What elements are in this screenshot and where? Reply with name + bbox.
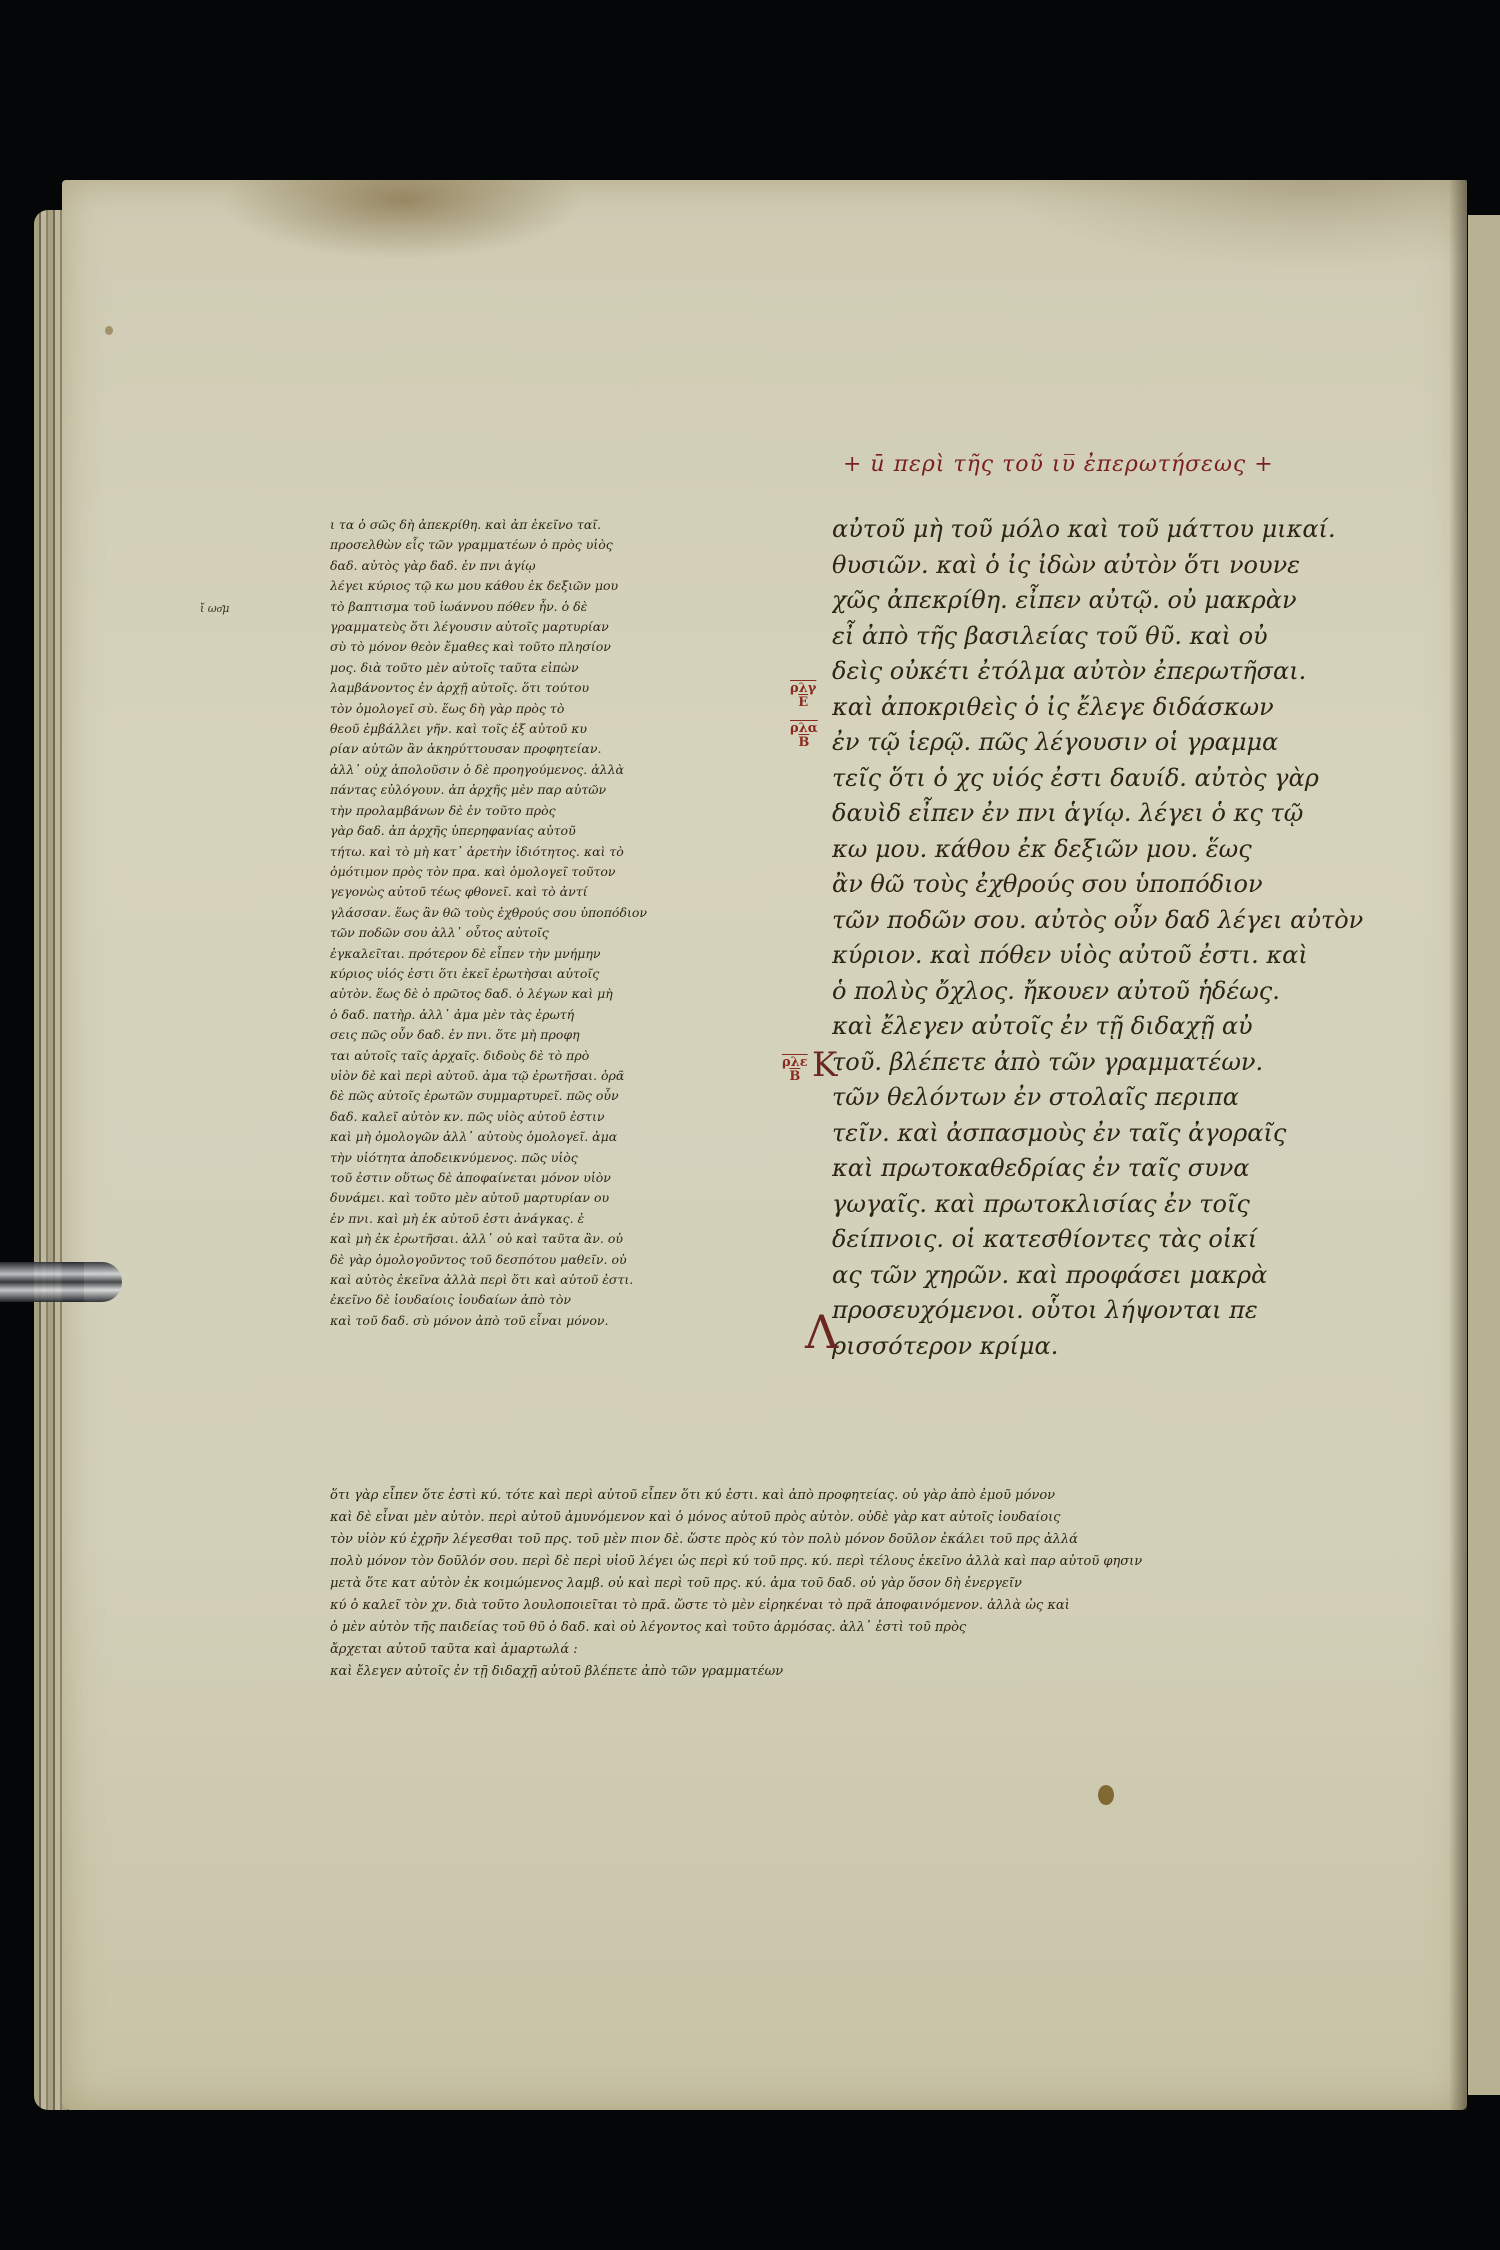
text-line: καὶ αὐτὸς ἐκεῖνα ἀλλὰ περὶ ὅτι καὶ αὐτοῦ… [330, 1270, 775, 1290]
left-column-text: ι τα ὁ σῶς δὴ ἀπεκρίθη. καὶ ἀπ ἐκεῖνο τα… [330, 515, 775, 1331]
text-line: τῶν ποδῶν σου. αὐτὸς οὖν δαδ λέγει αὐτὸν [832, 903, 1392, 939]
text-line: θεοῦ ἐμβάλλει γῆν. καὶ τοῖς ἐξ αὐτοῦ κυ [330, 719, 775, 739]
text-line: αὐτὸν. ἕως δὲ ὁ πρῶτος δαδ. ὁ λέγων καὶ … [330, 984, 775, 1004]
text-line: τεῖν. καὶ ἀσπασμοὺς ἐν ταῖς ἀγοραῖς [832, 1116, 1392, 1152]
commentary-line: τὸν υἱὸν κύ ἐχρῆν λέγεσθαι τοῦ πρς. τοῦ … [330, 1529, 1400, 1551]
section-number-3-value: ρλε [782, 1056, 808, 1070]
text-line: καὶ πρωτοκαθεδρίας ἐν ταῖς συνα [832, 1151, 1392, 1187]
text-line: δὲ γὰρ ὁμολογοῦντος τοῦ δεσπότου μαθεῖν.… [330, 1250, 775, 1270]
text-line: ἐν πνι. καὶ μὴ ἐκ αὐτοῦ ἐστι ἀνάγκας. ἐ [330, 1209, 775, 1229]
text-line: καὶ ἀποκριθεὶς ὁ ἰς ἔλεγε διδάσκων [832, 690, 1392, 726]
text-line: δαδ. αὐτὸς γὰρ δαδ. ἐν πνι ἁγίῳ [330, 556, 775, 576]
text-line: δαδ. καλεῖ αὐτὸν κν. πῶς υἱὸς αὐτοῦ ἐστι… [330, 1107, 775, 1127]
text-line: δείπνοις. οἱ κατεσθίοντες τὰς οἰκί [832, 1222, 1392, 1258]
text-line: καὶ μὴ ἐκ ἐρωτῆσαι. ἀλλ᾽ οὐ καὶ ταῦτα ἂν… [330, 1229, 775, 1249]
text-line: ὁ δαδ. πατὴρ. ἀλλ᾽ ἀμα μὲν τὰς ἐρωτή [330, 1005, 775, 1025]
ink-stain [1098, 1785, 1114, 1805]
text-line: ἐγκαλεῖται. πρότερον δὲ εἶπεν τὴν μνήμην [330, 944, 775, 964]
text-line: προσελθὼν εἷς τῶν γραμματέων ὁ πρὸς υἱὸς [330, 535, 775, 555]
text-line: γλάσσαν. ἕως ἂν θῶ τοὺς ἐχθρούς σου ὑποπ… [330, 903, 775, 923]
text-line: ἂν θῶ τοὺς ἐχθρούς σου ὑποπόδιον [832, 867, 1392, 903]
text-line: λαμβάνοντος ἐν ἀρχῇ αὐτοῖς. ὅτι τούτου [330, 678, 775, 698]
text-line: σεις πῶς οὖν δαδ. ἐν πνι. ὅτε μὴ προφη [330, 1025, 775, 1045]
text-line: σὺ τὸ μόνον θεὸν ἔμαθες καὶ τοῦτο πλησίο… [330, 637, 775, 657]
page-gutter [1449, 180, 1467, 2110]
text-line: κω μου. κάθου ἐκ δεξιῶν μου. ἕως [832, 832, 1392, 868]
text-line: εἶ ἀπὸ τῆς βασιλείας τοῦ θῦ. καὶ οὐ [832, 619, 1392, 655]
commentary-line: ἄρχεται αὐτοῦ ταῦτα καὶ ἀμαρτωλά : [330, 1639, 1400, 1661]
section-number-3: ρλε Β [782, 1056, 808, 1084]
text-line: γραμματεὺς ὅτι λέγουσιν αὐτοῖς μαρτυρίαν [330, 617, 775, 637]
text-line: τὸν ὁμολογεῖ σὺ. ἕως δὴ γὰρ πρὸς τὸ [330, 699, 775, 719]
commentary-line: ὁ μὲν αὐτὸν τῆς παιδείας τοῦ θῦ ὁ δαδ. κ… [330, 1617, 1400, 1639]
section-number-3-sub: Β [782, 1070, 808, 1084]
commentary-line: καὶ ἔλεγεν αὐτοῖς ἐν τῇ διδαχῇ αὐτοῦ βλέ… [330, 1661, 1400, 1683]
text-line: ὁ πολὺς ὄχλος. ἤκουεν αὐτοῦ ἡδέως. [832, 974, 1392, 1010]
marginal-note: ἴ ωσ͂μ [200, 602, 229, 615]
text-line: τεῖς ὅτι ὁ χς υἱός ἐστι δαυίδ. αὐτὸς γὰρ [832, 761, 1392, 797]
section-number-2: ρλα Β [790, 722, 818, 750]
text-line: κύριον. καὶ πόθεν υἱὸς αὐτοῦ ἐστι. καὶ [832, 938, 1392, 974]
text-line: δὲ πῶς αὐτοῖς ἐρωτῶν συμμαρτυρεῖ. πῶς οὖ… [330, 1086, 775, 1106]
text-line: γεγονὼς αὐτοῦ τέως φθονεῖ. καὶ τὸ ἀντί [330, 882, 775, 902]
text-line: καὶ μὴ ὁμολογῶν ἀλλ᾽ αὐτοὺς ὁμολογεῖ. ἀμ… [330, 1127, 775, 1147]
text-line: τῶν ποδῶν σου ἀλλ᾽ οὗτος αὐτοῖς [330, 923, 775, 943]
header-rubric: + ū περὶ τῆς τοῦ ιυ̅ ἐπερωτήσεως + [843, 452, 1274, 477]
section-number-1-value: ρλγ [790, 682, 816, 696]
text-line: ας τῶν χηρῶν. καὶ προφάσει μακρὰ [832, 1258, 1392, 1294]
text-line: τὴν υἱότητα ἀποδεικνύμενος. πῶς υἱὸς [330, 1148, 775, 1168]
text-line: τὴν προλαμβάνων δὲ ἐν τοῦτο πρὸς [330, 801, 775, 821]
text-line: ται αὐτοῖς ταῖς ἀρχαῖς. διδοὺς δὲ τὸ πρὸ [330, 1046, 775, 1066]
text-line: δαυὶδ εἶπεν ἐν πνι ἁγίῳ. λέγει ὁ κς τῷ [832, 796, 1392, 832]
text-line: ρίαν αὐτῶν ἂν ἀκηρύττουσαν προφητείαν. [330, 739, 775, 759]
commentary-line: καὶ δὲ εἶναι μὲν αὐτὸν. περὶ αὐτοῦ ἀμυνό… [330, 1507, 1400, 1529]
text-line: γωγαῖς. καὶ πρωτοκλισίας ἐν τοῖς [832, 1187, 1392, 1223]
bottom-commentary: ὅτι γὰρ εἶπεν ὅτε ἐστὶ κύ. τότε καὶ περὶ… [330, 1485, 1400, 1683]
section-number-2-sub: Β [790, 736, 818, 750]
text-line: ἀλλ᾽ οὐχ ἀπολοῦσιν ὁ δὲ προηγούμενος. ἀλ… [330, 760, 775, 780]
text-line: υἱὸν δὲ καὶ περὶ αὐτοῦ. ἀμα τῷ ἐρωτῆσαι.… [330, 1066, 775, 1086]
text-line: ι τα ὁ σῶς δὴ ἀπεκρίθη. καὶ ἀπ ἐκεῖνο τα… [330, 515, 775, 535]
text-line: τὸ βαπτισμα τοῦ ἰωάννου πόθεν ἦν. ὁ δὲ [330, 597, 775, 617]
text-line: ἐκεῖνο δὲ ἰουδαίοις ἰουδαίων ἀπὸ τὸν [330, 1290, 775, 1310]
text-line: θυσιῶν. καὶ ὁ ἰς ἰδὼν αὐτὸν ὅτι νουνε [832, 548, 1392, 584]
text-line: ἐν τῷ ἱερῷ. πῶς λέγουσιν οἱ γραμμα [832, 725, 1392, 761]
commentary-line: πολὺ μόνον τὸν δοῦλόν σου. περὶ δὲ περὶ … [330, 1551, 1400, 1573]
section-number-2-value: ρλα [790, 722, 818, 736]
text-line: τοῦ. βλέπετε ἀπὸ τῶν γραμματέων. [832, 1045, 1392, 1081]
text-line: τῶν θελόντων ἐν στολαῖς περιπα [832, 1080, 1392, 1116]
text-line: τοῦ ἐστιν οὕτως δὲ ἀποφαίνεται μόνον υἱὸ… [330, 1168, 775, 1188]
page-clip [0, 1262, 122, 1302]
text-line: κύριος υἱός ἐστι ὅτι ἐκεῖ ἐρωτὴσαι αὐτοῖ… [330, 964, 775, 984]
text-line: αὐτοῦ μὴ τοῦ μόλο καὶ τοῦ μάττου μικαί. [832, 512, 1392, 548]
text-line: τήτω. καὶ τὸ μὴ κατ᾽ ἀρετὴν ἰδιότητος. κ… [330, 842, 775, 862]
commentary-line: μετὰ ὅτε κατ αὐτὸν ἐκ κοιμώμενος λαμβ. ο… [330, 1573, 1400, 1595]
text-line: λέγει κύριος τῷ κω μου κάθου ἐκ δεξιῶν μ… [330, 576, 775, 596]
commentary-line: ὅτι γὰρ εἶπεν ὅτε ἐστὶ κύ. τότε καὶ περὶ… [330, 1485, 1400, 1507]
text-line: ὁμότιμον πρὸς τὸν πρα. καὶ ὁμολογεῖ τοῦτ… [330, 862, 775, 882]
text-line: δεὶς οὐκέτι ἐτόλμα αὐτὸν ἐπερωτῆσαι. [832, 654, 1392, 690]
facing-leaf-edge [1468, 215, 1500, 2095]
initial-lambda: Λ [805, 1305, 838, 1359]
right-column-text: αὐτοῦ μὴ τοῦ μόλο καὶ τοῦ μάττου μικαί.θ… [832, 512, 1392, 1364]
text-line: πάντας εὐλόγουν. ἀπ ἀρχῆς μὲν παρ αὐτῶν [330, 780, 775, 800]
initial-k: Κ [812, 1045, 837, 1085]
text-line: δυνάμει. καὶ τοῦτο μὲν αὐτοῦ μαρτυρίαν ο… [330, 1188, 775, 1208]
text-line: μος. διὰ τοῦτο μὲν αὐτοῖς ταῦτα εἰπὼν [330, 658, 775, 678]
text-line: χῶς ἀπεκρίθη. εἶπεν αὐτῷ. οὐ μακρὰν [832, 583, 1392, 619]
ink-spot [105, 326, 113, 335]
text-line: γὰρ δαδ. ἀπ ἀρχῆς ὑπερηφανίας αὐτοῦ [330, 821, 775, 841]
commentary-line: κύ ὁ καλεῖ τὸν χν. διὰ τοῦτο λουλοποιεῖτ… [330, 1595, 1400, 1617]
text-line: ρισσότερον κρίμα. [832, 1329, 1392, 1365]
text-line: καὶ ἔλεγεν αὐτοῖς ἐν τῇ διδαχῇ αὐ [832, 1009, 1392, 1045]
section-number-1: ρλγ Ε [790, 682, 816, 710]
text-line: καὶ τοῦ δαδ. σὺ μόνον ἀπὸ τοῦ εἶναι μόνο… [330, 1311, 775, 1331]
section-number-1-sub: Ε [790, 696, 816, 710]
text-line: προσευχόμενοι. οὗτοι λήψονται πε [832, 1293, 1392, 1329]
